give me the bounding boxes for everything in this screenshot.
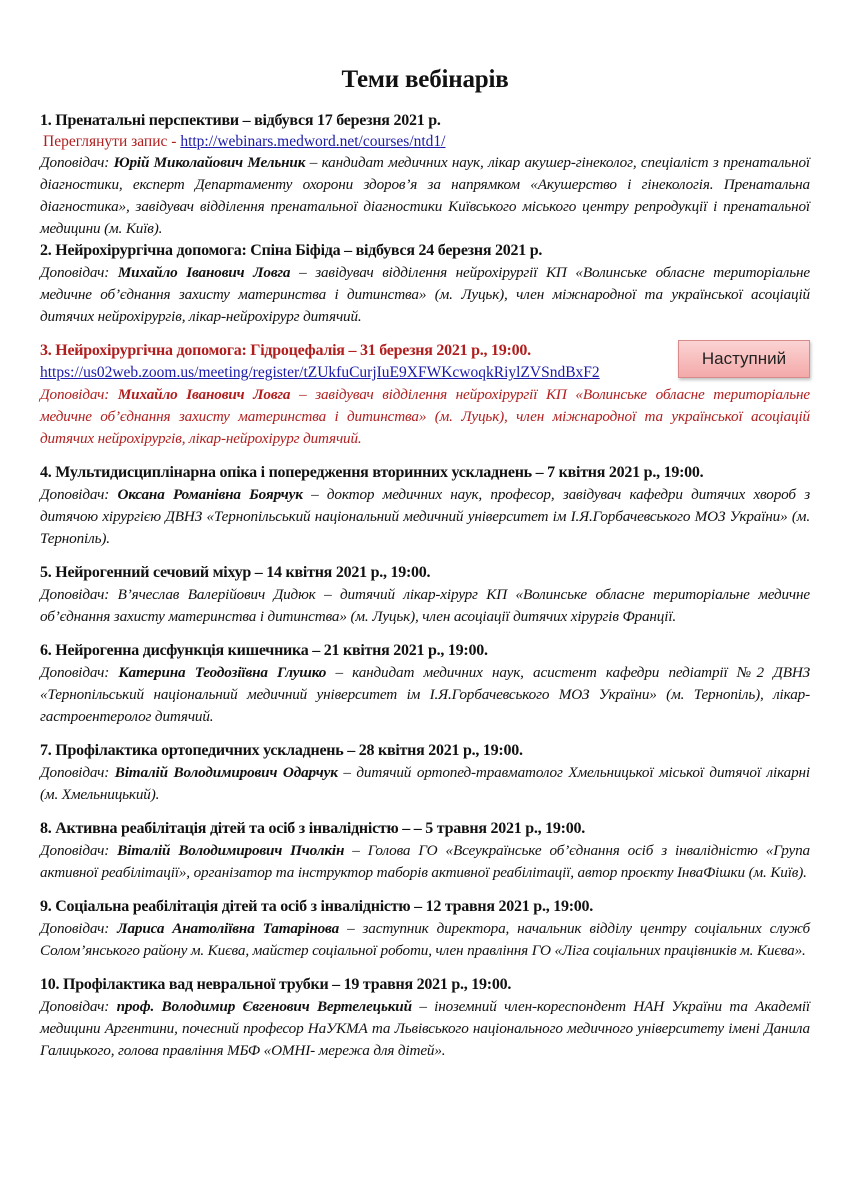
webinar-heading: 10. Профілактика вад невральної трубки –… <box>40 974 810 996</box>
speaker-name: В’ячеслав Валерійович Дидюк <box>118 586 316 603</box>
webinar-heading: 7. Профілактика ортопедичних ускладнень … <box>40 740 810 762</box>
speaker-description: Доповідач: В’ячеслав Валерійович Дидюк –… <box>40 584 810 628</box>
speaker-name: Віталій Володимирович Пчолкін <box>117 842 344 859</box>
speaker-description: Доповідач: Віталій Володимирович Пчолкін… <box>40 840 810 884</box>
speaker-label: Доповідач: <box>40 486 109 503</box>
recording-label: Переглянути запис - <box>43 133 176 150</box>
webinar-item-8: 8. Активна реабілітація дітей та осіб з … <box>40 818 810 884</box>
webinar-item-7: 7. Профілактика ортопедичних ускладнень … <box>40 740 810 806</box>
speaker-name: Лариса Анатоліївна Татарінова <box>117 920 339 937</box>
webinar-heading: 8. Активна реабілітація дітей та осіб з … <box>40 818 810 840</box>
speaker-label: Доповідач: <box>40 764 109 781</box>
speaker-name: Юрій Миколайович Мельник <box>114 154 306 171</box>
webinar-heading: 9. Соціальна реабілітація дітей та осіб … <box>40 896 810 918</box>
speaker-label: Доповідач: <box>40 386 109 403</box>
webinar-heading: 6. Нейрогенна дисфункція кишечника – 21 … <box>40 640 810 662</box>
speaker-name: Михайло Іванович Ловга <box>118 386 291 403</box>
speaker-label: Доповідач: <box>40 264 109 281</box>
webinar-item-4: 4. Мультидисциплінарна опіка і попередже… <box>40 462 810 550</box>
next-webinar-button[interactable]: Наступний <box>678 340 810 378</box>
webinar-heading: 1. Пренатальні перспективи – відбувся 17… <box>40 110 810 132</box>
webinar-item-9: 9. Соціальна реабілітація дітей та осіб … <box>40 896 810 962</box>
webinar-item-5: 5. Нейрогенний сечовий міхур – 14 квітня… <box>40 562 810 628</box>
speaker-description: Доповідач: проф. Володимир Євгенович Вер… <box>40 996 810 1062</box>
speaker-name: Михайло Іванович Ловга <box>118 264 291 281</box>
recording-link[interactable]: http://webinars.medword.net/courses/ntd1… <box>180 133 445 150</box>
document-page: Теми вебінарів 1. Пренатальні перспектив… <box>40 0 810 1062</box>
speaker-label: Доповідач: <box>40 842 109 859</box>
webinar-item-6: 6. Нейрогенна дисфункція кишечника – 21 … <box>40 640 810 728</box>
recording-line: Переглянути запис - http://webinars.medw… <box>40 132 810 152</box>
speaker-label: Доповідач: <box>40 998 109 1015</box>
webinar-heading: 5. Нейрогенний сечовий міхур – 14 квітня… <box>40 562 810 584</box>
speaker-label: Доповідач: <box>40 586 109 603</box>
speaker-description: Доповідач: Юрій Миколайович Мельник – ка… <box>40 152 810 240</box>
webinar-item-1: 1. Пренатальні перспективи – відбувся 17… <box>40 110 810 240</box>
speaker-label: Доповідач: <box>40 664 109 681</box>
speaker-name: Віталій Володимирович Одарчук <box>115 764 338 781</box>
speaker-description: Доповідач: Катерина Теодозіївна Глушко –… <box>40 662 810 728</box>
registration-link[interactable]: https://us02web.zoom.us/meeting/register… <box>40 364 600 381</box>
speaker-description: Доповідач: Лариса Анатоліївна Татарінова… <box>40 918 810 962</box>
speaker-description: Доповідач: Михайло Іванович Ловга – заві… <box>40 384 810 450</box>
webinar-heading: 2. Нейрохірургічна допомога: Спіна Біфід… <box>40 240 810 262</box>
speaker-label: Доповідач: <box>40 920 109 937</box>
webinar-heading: 4. Мультидисциплінарна опіка і попередже… <box>40 462 810 484</box>
speaker-name: Оксана Романівна Боярчук <box>117 486 302 503</box>
page-title: Теми вебінарів <box>40 60 810 100</box>
speaker-label: Доповідач: <box>40 154 109 171</box>
webinar-item-3: 3. Нейрохірургічна допомога: Гідроцефалі… <box>40 340 810 450</box>
webinar-item-2: 2. Нейрохірургічна допомога: Спіна Біфід… <box>40 240 810 328</box>
speaker-name: Катерина Теодозіївна Глушко <box>118 664 326 681</box>
speaker-description: Доповідач: Оксана Романівна Боярчук – до… <box>40 484 810 550</box>
webinar-item-10: 10. Профілактика вад невральної трубки –… <box>40 974 810 1062</box>
speaker-description: Доповідач: Віталій Володимирович Одарчук… <box>40 762 810 806</box>
speaker-name: проф. Володимир Євгенович Вертелецький <box>117 998 412 1015</box>
speaker-description: Доповідач: Михайло Іванович Ловга – заві… <box>40 262 810 328</box>
